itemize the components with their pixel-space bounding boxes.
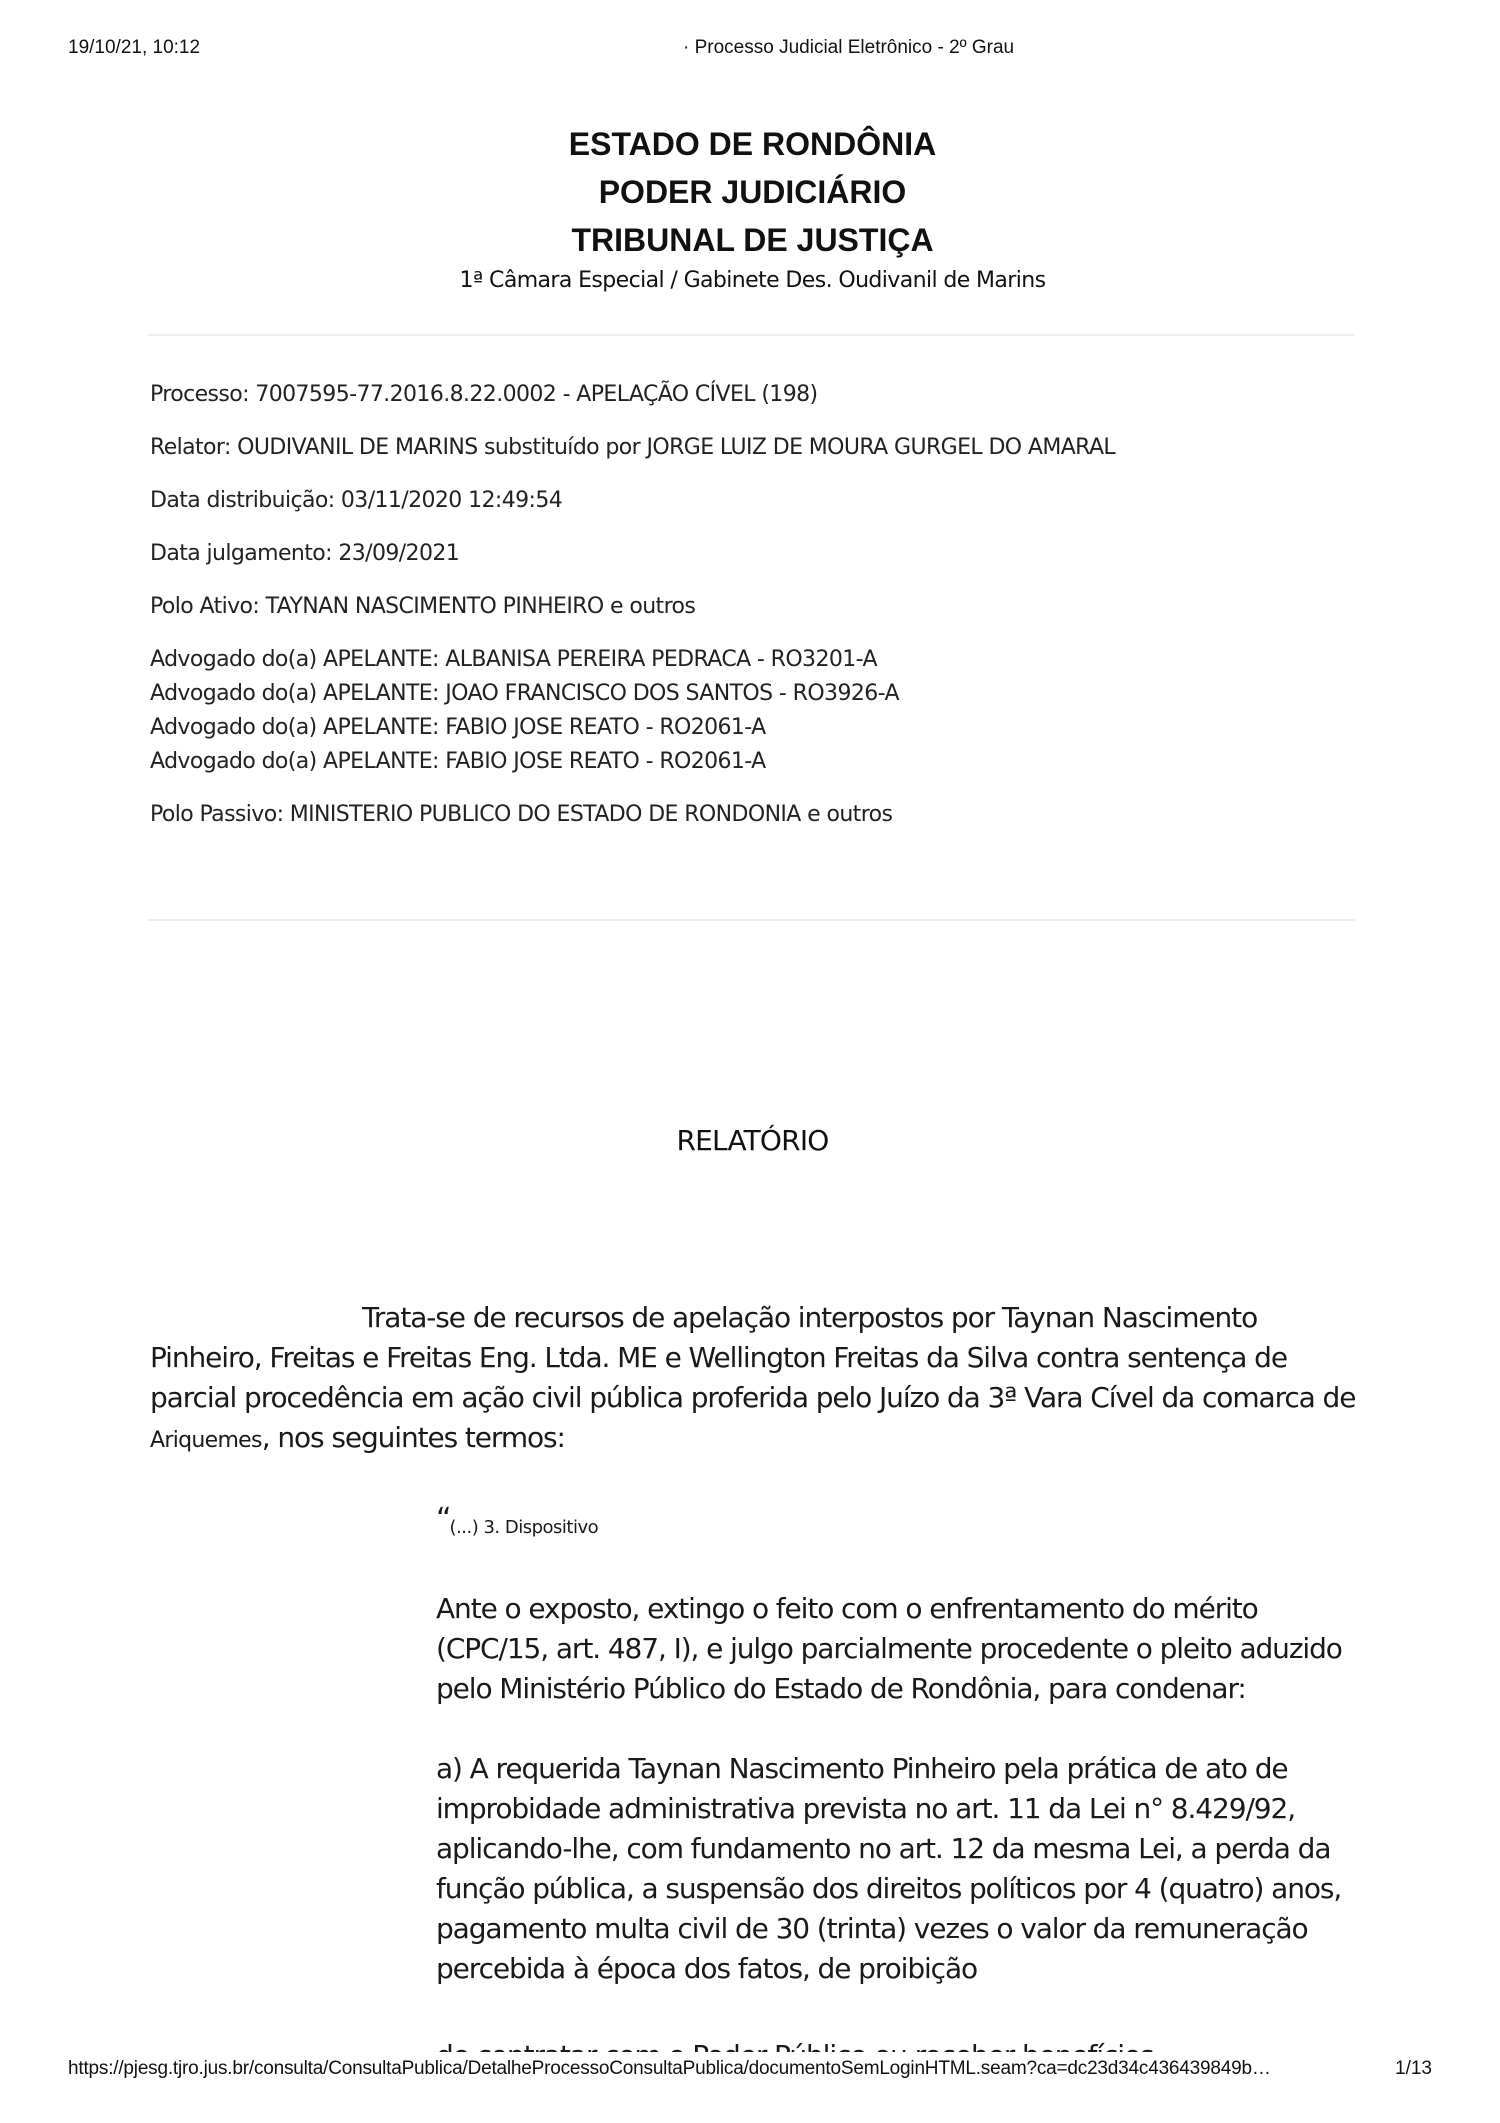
lawyer-item: Advogado do(a) APELANTE: FABIO JOSE REAT… [150, 745, 1360, 779]
heading-state: ESTADO DE RONDÔNIA [150, 120, 1355, 168]
heading-judiciary: PODER JUDICIÁRIO [150, 168, 1355, 216]
intro-city: Ariquemes [150, 1428, 262, 1453]
intro-text: Trata-se de recursos de apelação interpo… [150, 1301, 1355, 1414]
print-page-number: 1/13 [1395, 2058, 1432, 2080]
process-metadata: Processo: 7007595-77.2016.8.22.0002 - AP… [150, 378, 1360, 851]
open-quote-mark: “ [436, 1502, 450, 1537]
lawyer-item: Advogado do(a) APELANTE: FABIO JOSE REAT… [150, 711, 1360, 745]
report-intro-paragraph: Trata-se de recursos de apelação interpo… [150, 1298, 1360, 1461]
lawyer-item: Advogado do(a) APELANTE: JOAO FRANCISCO … [150, 677, 1360, 711]
print-page-title: · Processo Judicial Eletrônico - 2º Grau [683, 37, 1014, 59]
report-title: RELATÓRIO [150, 1124, 1355, 1157]
judgment-date: Data julgamento: 23/09/2021 [150, 537, 1360, 571]
print-url: https://pjesg.tjro.jus.br/consulta/Consu… [68, 2058, 1271, 2080]
print-timestamp: 19/10/21, 10:12 [68, 37, 200, 59]
rapporteur: Relator: OUDIVANIL DE MARINS substituído… [150, 431, 1360, 465]
quote-paragraph: Ante o exposto, extingo o feito com o en… [436, 1589, 1366, 1709]
quote-heading-text: (...) 3. Dispositivo [450, 1517, 599, 1538]
quote-cutoff-line: de contratar com o Poder Público ou rece… [436, 2038, 1366, 2052]
document-heading: ESTADO DE RONDÔNIA PODER JUDICIÁRIO TRIB… [150, 120, 1355, 296]
intro-text-end: , nos seguintes termos: [262, 1421, 565, 1454]
lawyers-list: Advogado do(a) APELANTE: ALBANISA PEREIR… [150, 643, 1360, 779]
quote-heading: “(...) 3. Dispositivo [436, 1505, 1366, 1543]
heading-court: TRIBUNAL DE JUSTIÇA [150, 216, 1355, 264]
heading-chamber: 1ª Câmara Especial / Gabinete Des. Oudiv… [150, 266, 1355, 296]
quote-paragraph: a) A requerida Taynan Nascimento Pinheir… [436, 1749, 1366, 1989]
divider [148, 919, 1355, 921]
divider [148, 334, 1355, 336]
process-number: Processo: 7007595-77.2016.8.22.0002 - AP… [150, 378, 1360, 412]
passive-party: Polo Passivo: MINISTERIO PUBLICO DO ESTA… [150, 798, 1360, 832]
sentence-quote: “(...) 3. Dispositivo Ante o exposto, ex… [436, 1505, 1366, 1989]
distribution-date: Data distribuição: 03/11/2020 12:49:54 [150, 484, 1360, 518]
cutoff-text: de contratar com o Poder Público ou rece… [436, 2038, 1366, 2052]
active-party: Polo Ativo: TAYNAN NASCIMENTO PINHEIRO e… [150, 590, 1360, 624]
lawyer-item: Advogado do(a) APELANTE: ALBANISA PEREIR… [150, 643, 1360, 677]
